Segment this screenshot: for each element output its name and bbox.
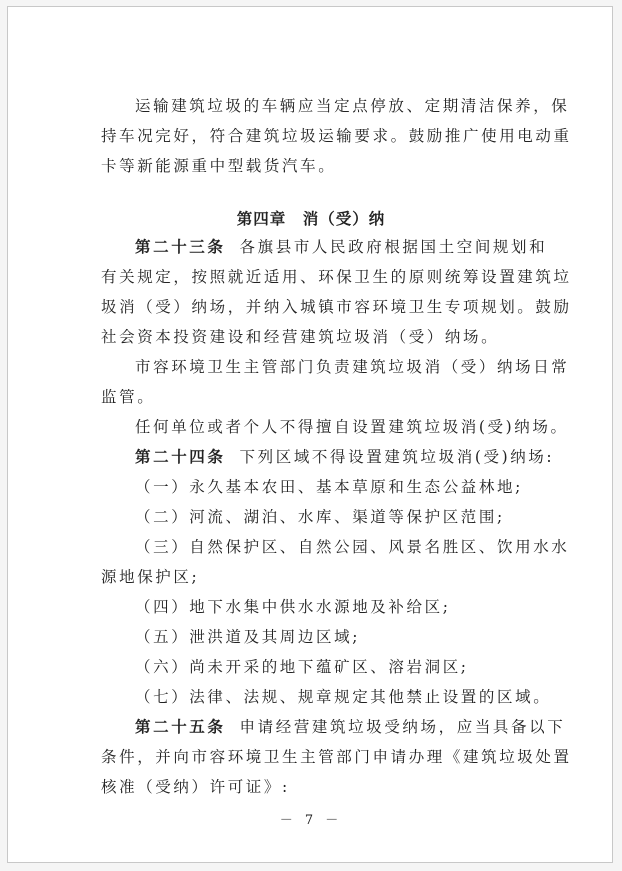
article-text: 申请经营建筑垃圾受纳场，应当具备以下 [240, 718, 566, 736]
article-label: 第二十三条 [135, 238, 226, 256]
text-line: 核准（受纳）许可证》: [101, 777, 612, 797]
article-text: 各旗县市人民政府根据国土空间规划和 [240, 238, 548, 256]
page-number: － 7 － [8, 809, 614, 828]
text-line: 条件，并向市容环境卫生主管部门申请办理《建筑垃圾处置 [101, 747, 612, 767]
list-item: （三）自然保护区、自然公园、风景名胜区、饮用水水 [135, 537, 612, 557]
article-text: 下列区域不得设置建筑垃圾消(受)纳场: [240, 448, 555, 466]
text-line: 任何单位或者个人不得擅自设置建筑垃圾消(受)纳场。 [135, 417, 612, 437]
text-line: 监管。 [101, 387, 612, 407]
article-25-first-line: 第二十五条申请经营建筑垃圾受纳场，应当具备以下 [135, 717, 612, 737]
article-24-first-line: 第二十四条下列区域不得设置建筑垃圾消(受)纳场: [135, 447, 612, 467]
list-item: （六）尚未开采的地下蕴矿区、溶岩洞区; [135, 657, 612, 677]
text-line: 社会资本投资建设和经营建筑垃圾消（受）纳场。 [101, 327, 612, 347]
text-line: 运输建筑垃圾的车辆应当定点停放、定期清洁保养，保 [135, 96, 612, 116]
article-label: 第二十五条 [135, 718, 226, 736]
article-23-first-line: 第二十三条各旗县市人民政府根据国土空间规划和 [135, 237, 612, 257]
list-item: （四）地下水集中供水水源地及补给区; [135, 597, 612, 617]
list-item: （二）河流、湖泊、水库、渠道等保护区范围; [135, 507, 612, 527]
list-item-continuation: 源地保护区; [101, 567, 612, 587]
list-item: （五）泄洪道及其周边区域; [135, 627, 612, 647]
text-line: 卡等新能源重中型载货汽车。 [101, 156, 612, 176]
text-line: 持车况完好，符合建筑垃圾运输要求。鼓励推广使用电动重 [101, 126, 612, 146]
text-line: 圾消（受）纳场，并纳入城镇市容环境卫生专项规划。鼓励 [101, 297, 612, 317]
document-page: 运输建筑垃圾的车辆应当定点停放、定期清洁保养，保 持车况完好，符合建筑垃圾运输要… [7, 6, 613, 863]
chapter-title: 第四章 消（受）纳 [8, 207, 614, 229]
article-label: 第二十四条 [135, 448, 226, 466]
text-line: 市容环境卫生主管部门负责建筑垃圾消（受）纳场日常 [135, 357, 612, 377]
list-item: （七）法律、法规、规章规定其他禁止设置的区域。 [135, 687, 612, 707]
list-item: （一）永久基本农田、基本草原和生态公益林地; [135, 477, 612, 497]
text-line: 有关规定，按照就近适用、环保卫生的原则统筹设置建筑垃 [101, 267, 612, 287]
